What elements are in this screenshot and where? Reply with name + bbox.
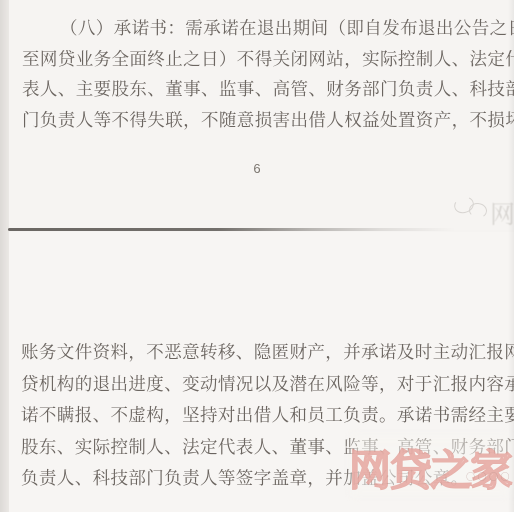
scan-left-edge-shadow <box>0 0 9 512</box>
document-line: 诺不瞒报、不虚构，坚持对出借人和员工负责。承诺书需经主要 <box>21 400 499 432</box>
page-number: 6 <box>0 161 514 176</box>
document-line: 表人、主要股东、董事、监事、高管、财务部门负责人、科技部 <box>22 74 498 105</box>
scanned-document-screenshot: （八）承诺书：需承诺在退出期间（即自发布退出公告之日 至网贷业务全面终止之日）不… <box>0 0 514 512</box>
document-line: 至网贷业务全面终止之日）不得关闭网站，实际控制人、法定代 <box>22 44 498 75</box>
document-line: （八）承诺书：需承诺在退出期间（即自发布退出公告之日 <box>22 13 498 44</box>
document-line: 账务文件资料，不恶意转移、隐匿财产，并承诺及时主动汇报网 <box>21 337 499 369</box>
document-line: 贷机构的退出进度、变动情况以及潜在风险等，对于汇报内容承 <box>21 369 499 401</box>
top-paragraph: （八）承诺书：需承诺在退出期间（即自发布退出公告之日 至网贷业务全面终止之日）不… <box>22 13 498 135</box>
smudge-glyph: 网 <box>490 195 514 228</box>
brand-watermark: 网贷之家 <box>349 438 514 498</box>
smudge-circle-icon <box>468 202 488 219</box>
page-edge-shadow-line <box>8 228 474 231</box>
brand-watermark-dots: 〇〇〇〇 <box>466 470 512 483</box>
top-watermark-smudge: 网 <box>442 192 514 228</box>
document-line: 门负责人等不得失联，不随意损害出借人权益处置资产，不损坏 <box>22 105 498 136</box>
